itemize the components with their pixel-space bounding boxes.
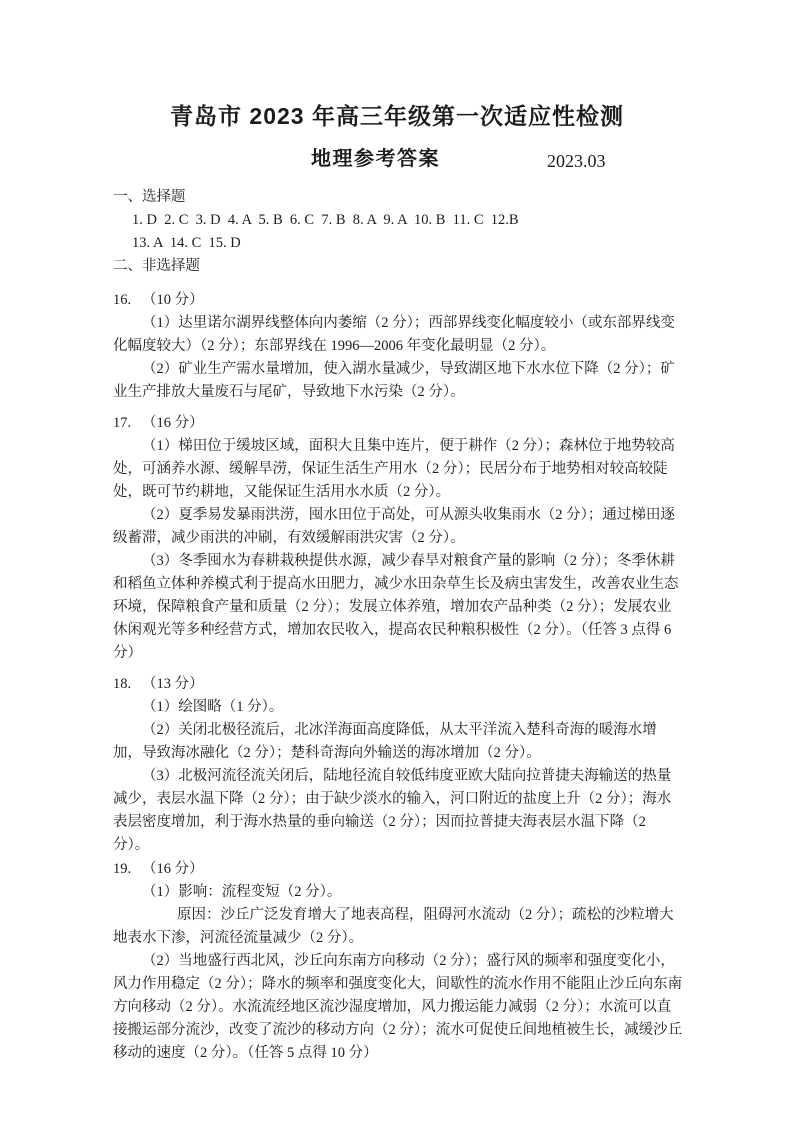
- document-page: 青岛市 2023 年高三年级第一次适应性检测 地理参考答案 2023.03 一、…: [0, 0, 794, 1123]
- question-17-header: 17. （16 分）: [113, 412, 683, 435]
- question-16: 16. （10 分） （1）达里诺尔湖界线整体向内萎缩（2 分）；西部界线变化幅…: [113, 289, 683, 404]
- question-16-answer-2: （2）矿业生产需水量增加，使入湖水量减少，导致湖区地下水水位下降（2 分）；矿业…: [113, 358, 683, 404]
- question-18-header: 18. （13 分）: [113, 673, 683, 696]
- question-17-answer-2: （2）夏季易发暴雨洪涝，囤水田位于高处，可从源头收集雨水（2 分）；通过梯田逐级…: [113, 504, 683, 550]
- question-18: 18. （13 分） （1）绘图略（1 分）。 （2）关闭北极径流后，北冰洋海面…: [113, 673, 683, 857]
- choice-answers-line-1: 1. D 2. C 3. D 4. A 5. B 6. C 7. B 8. A …: [113, 209, 683, 232]
- question-19-answer-reason: 原因：沙丘广泛发育增大了地表高程，阻碍河水流动（2 分）；疏松的沙粒增大地表水下…: [113, 904, 683, 950]
- question-17: 17. （16 分） （1）梯田位于缓坡区域，面积大且集中连片，便于耕作（2 分…: [113, 412, 683, 665]
- question-19-answer-2: （2）当地盛行西北风，沙丘向东南方向移动（2 分）；盛行风的频率和强度变化小，风…: [113, 950, 683, 1065]
- question-18-answer-3: （3）北极河流径流关闭后，陆地径流自较低纬度亚欧大陆向拉普捷夫海输送的热量减少，…: [113, 765, 683, 857]
- question-16-header: 16. （10 分）: [113, 289, 683, 312]
- question-19-answer-1: （1）影响：流程变短（2 分）。: [113, 881, 683, 904]
- question-17-answer-3: （3）冬季囤水为春耕栽秧提供水源，减少春旱对粮食产量的影响（2 分）；冬季休耕和…: [113, 550, 683, 665]
- subtitle-row: 地理参考答案 2023.03: [0, 147, 794, 172]
- question-18-answer-1: （1）绘图略（1 分）。: [113, 696, 683, 719]
- question-16-answer-1: （1）达里诺尔湖界线整体向内萎缩（2 分）；西部界线变化幅度较小（或东部界线变化…: [113, 312, 683, 358]
- question-19: 19. （16 分） （1）影响：流程变短（2 分）。 原因：沙丘广泛发育增大了…: [113, 858, 683, 1065]
- exam-title: 青岛市 2023 年高三年级第一次适应性检测: [0, 101, 794, 131]
- question-18-answer-2: （2）关闭北极径流后，北冰洋海面高度降低，从太平洋流入楚科奇海的暖海水增加，导致…: [113, 719, 683, 765]
- question-17-answer-1: （1）梯田位于缓坡区域，面积大且集中连片，便于耕作（2 分）；森林位于地势较高处…: [113, 435, 683, 504]
- choice-answers-line-2: 13. A 14. C 15. D: [113, 232, 683, 255]
- question-19-header: 19. （16 分）: [113, 858, 683, 881]
- section-heading-multiple-choice: 一、选择题: [113, 186, 683, 209]
- section-heading-non-choice: 二、非选择题: [113, 255, 683, 278]
- document-body: 一、选择题 1. D 2. C 3. D 4. A 5. B 6. C 7. B…: [113, 186, 683, 1065]
- answer-key-subtitle: 地理参考答案: [311, 147, 440, 172]
- exam-date: 2023.03: [547, 150, 606, 172]
